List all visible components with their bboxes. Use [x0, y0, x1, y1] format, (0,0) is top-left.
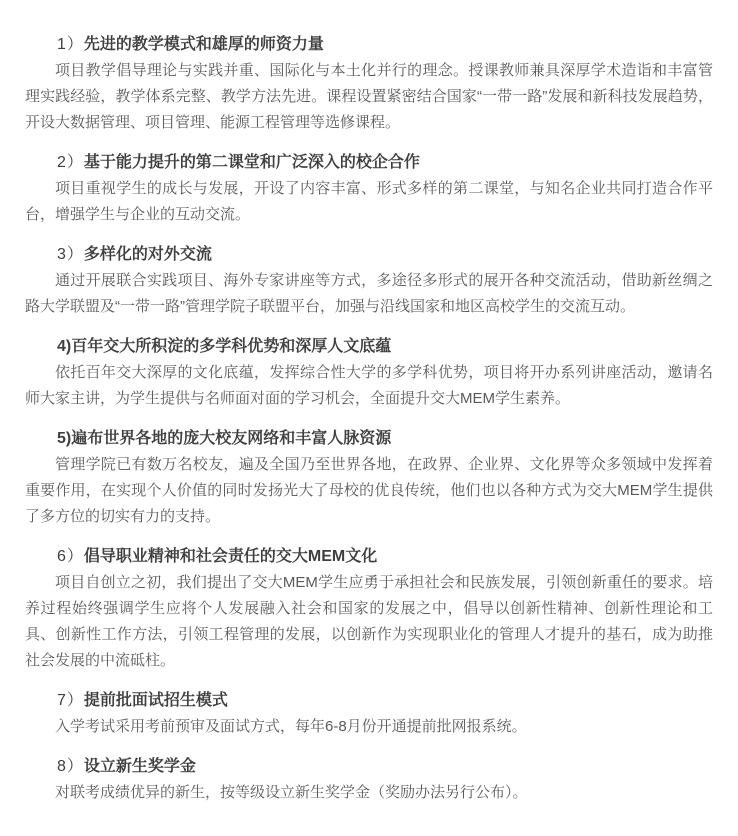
feature-section: 2）基于能力提升的第二课堂和广泛深入的校企合作 项目重视学生的成长与发展，开设了…	[25, 150, 713, 228]
section-paragraph: 项目重视学生的成长与发展，开设了内容丰富、形式多样的第二课堂，与知名企业共同打造…	[25, 176, 713, 228]
feature-section: 8）设立新生奖学金 对联考成绩优异的新生，按等级设立新生奖学金（奖励办法另行公布…	[25, 754, 713, 806]
section-number: 7）	[57, 692, 84, 709]
document-page: { "page": { "language": "zh-CN", "backgr…	[0, 0, 738, 836]
section-number: 8）	[57, 758, 84, 775]
section-title: 百年交大所积淀的多学科优势和深厚人文底蕴	[71, 338, 391, 355]
section-paragraph: 项目教学倡导理论与实践并重、国际化与本土化并行的理念。授课教师兼具深厚学术造诣和…	[25, 58, 713, 136]
section-heading: 4)百年交大所积淀的多学科优势和深厚人文底蕴	[25, 334, 713, 360]
feature-section: 7）提前批面试招生模式 入学考试采用考前预审及面试方式，每年6-8月份开通提前批…	[25, 688, 713, 740]
feature-section: 5)遍布世界各地的庞大校友网络和丰富人脉资源 管理学院已有数万名校友，遍及全国乃…	[25, 426, 713, 530]
section-number: 1）	[57, 36, 84, 53]
section-heading: 8）设立新生奖学金	[25, 754, 713, 780]
section-heading: 7）提前批面试招生模式	[25, 688, 713, 714]
section-heading: 6）倡导职业精神和社会责任的交大MEM文化	[25, 544, 713, 570]
section-number: 6）	[57, 548, 84, 565]
section-title: 提前批面试招生模式	[84, 692, 228, 709]
section-paragraph: 通过开展联合实践项目、海外专家讲座等方式，多途径多形式的展开各种交流活动，借助新…	[25, 268, 713, 320]
section-title: 设立新生奖学金	[84, 758, 196, 775]
article-body: 1）先进的教学模式和雄厚的师资力量 项目教学倡导理论与实践并重、国际化与本土化并…	[0, 0, 738, 836]
feature-section: 6）倡导职业精神和社会责任的交大MEM文化 项目自创立之初，我们提出了交大MEM…	[25, 544, 713, 674]
feature-section: 3）多样化的对外交流 通过开展联合实践项目、海外专家讲座等方式，多途径多形式的展…	[25, 242, 713, 320]
section-number: 3）	[57, 246, 84, 263]
section-number: 5)	[57, 430, 71, 447]
feature-section: 4)百年交大所积淀的多学科优势和深厚人文底蕴 依托百年交大深厚的文化底蕴，发挥综…	[25, 334, 713, 412]
section-heading: 1）先进的教学模式和雄厚的师资力量	[25, 32, 713, 58]
section-paragraph: 依托百年交大深厚的文化底蕴，发挥综合性大学的多学科优势，项目将开办系列讲座活动，…	[25, 360, 713, 412]
section-title: 基于能力提升的第二课堂和广泛深入的校企合作	[84, 154, 420, 171]
section-paragraph: 项目自创立之初，我们提出了交大MEM学生应勇于承担社会和民族发展，引领创新重任的…	[25, 570, 713, 674]
section-title: 倡导职业精神和社会责任的交大MEM文化	[84, 548, 377, 565]
section-title: 先进的教学模式和雄厚的师资力量	[84, 36, 324, 53]
section-number: 2）	[57, 154, 84, 171]
section-heading: 3）多样化的对外交流	[25, 242, 713, 268]
section-number: 4)	[57, 338, 71, 355]
section-title: 多样化的对外交流	[84, 246, 212, 263]
section-heading: 5)遍布世界各地的庞大校友网络和丰富人脉资源	[25, 426, 713, 452]
section-paragraph: 对联考成绩优异的新生，按等级设立新生奖学金（奖励办法另行公布）。	[25, 780, 713, 806]
feature-section: 1）先进的教学模式和雄厚的师资力量 项目教学倡导理论与实践并重、国际化与本土化并…	[25, 32, 713, 136]
section-paragraph: 入学考试采用考前预审及面试方式，每年6-8月份开通提前批网报系统。	[25, 714, 713, 740]
section-title: 遍布世界各地的庞大校友网络和丰富人脉资源	[71, 430, 391, 447]
section-paragraph: 管理学院已有数万名校友，遍及全国乃至世界各地，在政界、企业界、文化界等众多领域中…	[25, 452, 713, 530]
section-heading: 2）基于能力提升的第二课堂和广泛深入的校企合作	[25, 150, 713, 176]
